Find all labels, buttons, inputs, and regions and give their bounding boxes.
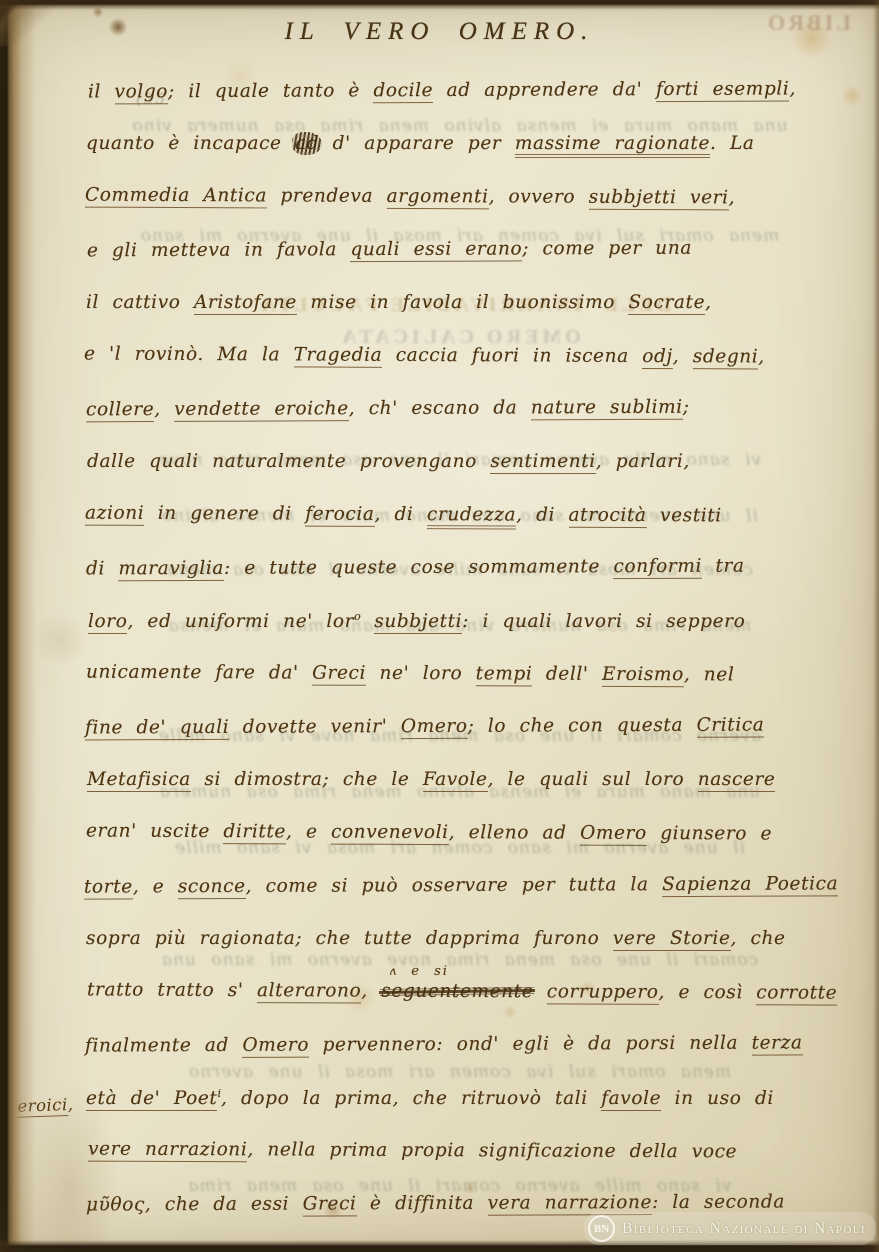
word: , come si può osservare per tutta la [246,874,663,897]
word: , elleno ad [449,822,580,844]
word: , ed uniformi ne' lor [127,611,354,632]
underlined-word: favole [601,1088,661,1111]
manuscript-line: azioni in genere di ferocia, di crudezza… [85,503,722,527]
cancelled-word: seguentementeʌ e si [381,981,533,1003]
word: , e [286,821,331,842]
show-through-cursive-line: mena omari sul iva comen ari mosa il une… [70,1062,849,1082]
word [361,611,374,632]
word: tra [702,556,745,577]
manuscript-line: unicamente fare da' Greci ne' loro tempi… [86,662,734,686]
library-logo-icon: BN [588,1215,615,1242]
underlined-word: Greci [312,663,366,686]
underlined-word: fine de' quali [85,717,229,741]
library-watermark: BN Biblioteca Nazionale di Napoli [584,1212,876,1245]
word: ; [683,397,690,418]
underlined-word: tempi [476,663,533,686]
word: dovette venir' [229,716,401,738]
underlined-word: vendette eroiche [174,398,349,422]
word: dell' [532,664,602,685]
manuscript-line: vere narrazioni, nella prima propia sign… [88,1139,737,1163]
margin-note-mark: ƒ [5,1097,12,1116]
word: , [705,292,711,313]
word: , parlari, [596,451,690,472]
underlined-word: vere narrazioni [88,1139,247,1163]
underlined-word: Omero [242,1035,309,1058]
word: o [354,610,361,623]
word: d' apparare per [319,133,515,154]
manuscript-line: di maraviglia: e tutte queste cose somma… [86,556,745,580]
manuscript-line: Metafisica si dimostra; che le Favole, l… [87,769,775,790]
interlinear-insertion: ʌ e si [389,964,449,979]
underlined-word: nascere [698,769,776,792]
word: : la seconda [652,1191,785,1213]
word: quanto è incapace [86,133,295,154]
word: giunsero e [647,823,772,845]
show-through-cursive-line: comari il une osa mena rima nove averno … [70,950,849,970]
word: ad apprendere da' [433,79,656,101]
word: e gli metteva in favola [87,239,351,261]
underlined-word: Eroismo [602,664,684,687]
underlined-word: subbjetti [374,611,462,634]
underlined-word: corruppero [547,981,659,1004]
manuscript-line: il cattivo Aristofane mise in favola il … [86,292,712,313]
binding-edge-left [0,0,36,1252]
underlined-word: Sapienza Poetica [662,873,838,897]
word: : i quali lavori si seppero [462,611,745,632]
word: , nel [684,664,735,685]
word: pervennero: ond' egli è da porsi nella [309,1033,752,1056]
word [533,981,547,1002]
underlined-word: atrocità [569,505,647,528]
word: ne' loro [366,663,476,684]
underlined-word: vere Storie [613,928,731,951]
word: , e così [658,982,756,1003]
library-watermark-label: Biblioteca Nazionale di Napoli [622,1220,866,1238]
underlined-word: Aristofane [194,292,297,315]
word: tratto tratto s' [87,979,257,1001]
manuscript-line: Commedia Antica prendeva argomenti, ovve… [85,185,735,209]
manuscript-line: quanto è incapace ad d' apparare per mas… [86,133,755,154]
word: μῦθος, che da essi [86,1194,303,1216]
word: , e [133,876,178,897]
underlined-word: odj [642,346,673,369]
word: ; il quale tanto è [168,80,374,102]
underlined-word: collere [86,399,154,422]
word: il [88,81,115,102]
underlined-word: corrotte [756,982,837,1005]
scan-edge-top [0,0,879,10]
word: . La [710,133,754,154]
underlined-word: Commedia Antica [85,185,267,209]
underlined-word: terza [752,1032,803,1055]
word: , [758,346,765,367]
word: ad [295,133,319,154]
word: : e tutte queste cose sommamente [224,556,614,579]
manuscript-line: loro, ed uniformi ne' loro subbjetti: i … [88,610,745,632]
manuscript-scan: LIBRO (35 DELL' INARRIVABILE FACULTA'OME… [0,0,879,1252]
underlined-word: argomenti [387,186,489,209]
word: mise in favola il buonissimo [297,292,629,313]
word: , [673,346,693,367]
word: si dimostra; che le [191,769,423,790]
underlined-word: Omero [401,716,468,739]
manuscript-line: e gli metteva in favola quali essi erano… [87,238,692,262]
word: eran' uscite [86,821,224,843]
word: prendeva [267,185,387,207]
word: , [154,399,174,420]
underlined-word: Omero [580,823,647,846]
word: , che [731,928,786,949]
word: caccia fuori in iscena [382,345,642,367]
underlined-word: Socrate [628,292,705,315]
underlined-word: docile [373,80,433,103]
margin-note-tail: , [67,1095,73,1114]
word: finalmente ad [85,1035,243,1057]
word: , dopo la prima, che ritruovò tali [221,1088,601,1109]
word: e 'l rovinò. Ma la [84,344,294,366]
underlined-word: sconce [178,876,246,899]
manuscript-line: fine de' quali dovette venir' Omero; lo … [85,715,764,739]
word: il cattivo [86,292,194,313]
manuscript-line: età de' Poeti, dopo la prima, che ritruo… [86,1087,774,1109]
underlined-word: nature sublimi [531,397,683,421]
manuscript-line: il volgo; il quale tanto è docile ad app… [88,78,796,102]
word: in uso di [661,1088,774,1109]
margin-note: ƒ eroici, [5,1095,74,1116]
underlined-word: Critica [696,715,764,738]
underlined-word: Tragedia [294,344,383,367]
underlined-word: azioni [85,503,144,526]
word: ; come per una [522,238,692,260]
underlined-word: forti esempli [656,78,790,102]
word: unicamente fare da' [86,662,312,684]
word: vestiti [647,505,722,526]
word: di [86,558,119,579]
underlined-word: sdegni [693,346,759,369]
word: , ch' escano da [349,397,531,419]
page-title: IL VERO OMERO. [0,18,879,46]
manuscript-line: sopra più ragionata; che tutte dapprima … [86,928,786,949]
word: , ovvero [489,186,589,207]
underlined-word: ferocia [305,504,374,527]
underlined-word: età de' Poet [86,1088,217,1111]
underlined-word: diritte [223,821,286,844]
word: , le quali sul loro [488,769,698,790]
underlined-word: Favole [423,769,488,792]
word: , di [374,504,426,525]
manuscript-line: dalle quali naturalmente provengano sent… [87,451,690,472]
manuscript-line: collere, vendette eroiche, ch' escano da… [86,397,690,421]
word: , nella prima propia significazione dell… [247,1139,737,1162]
underlined-word: Metafisica [87,769,191,792]
manuscript-line: torte, e sconce, come si può osservare p… [84,873,838,897]
manuscript-line: finalmente ad Omero pervennero: ond' egl… [85,1032,803,1056]
underlined-word: loro [88,611,127,634]
manuscript-line: eran' uscite diritte, e convenevoli, ell… [86,821,772,845]
manuscript-line: tratto tratto s' alterarono, seguentemen… [87,979,837,1003]
underlined-word: quali essi erano [350,238,522,262]
word: , [789,78,796,99]
word: , [729,187,736,208]
word: , di [516,504,568,525]
underlined-word: alterarono [257,980,361,1003]
word: sopra più ragionata; che tutte dapprima … [86,928,613,949]
underlined-word: crudezza [427,504,516,529]
underlined-word: sentimenti [490,451,595,474]
manuscript-line: e 'l rovinò. Ma la Tragedia caccia fuori… [84,344,765,368]
underlined-word: torte [84,876,133,899]
scan-edge-right [873,0,879,1252]
underlined-word: volgo [114,81,168,104]
underlined-word: subbjetti veri [589,187,729,211]
word: è diffinita [356,1193,487,1215]
underlined-word: maraviglia [118,558,224,581]
underlined-word: Greci [303,1193,357,1216]
margin-note-text: eroici [17,1095,68,1118]
word: dalle quali naturalmente provengano [87,451,490,472]
underlined-word: convenevoli [331,822,449,846]
underlined-word: massime ragionate [515,133,710,158]
word: in genere di [144,503,305,525]
underlined-word: conformi [613,556,702,579]
word: ; lo che con questa [468,715,697,737]
